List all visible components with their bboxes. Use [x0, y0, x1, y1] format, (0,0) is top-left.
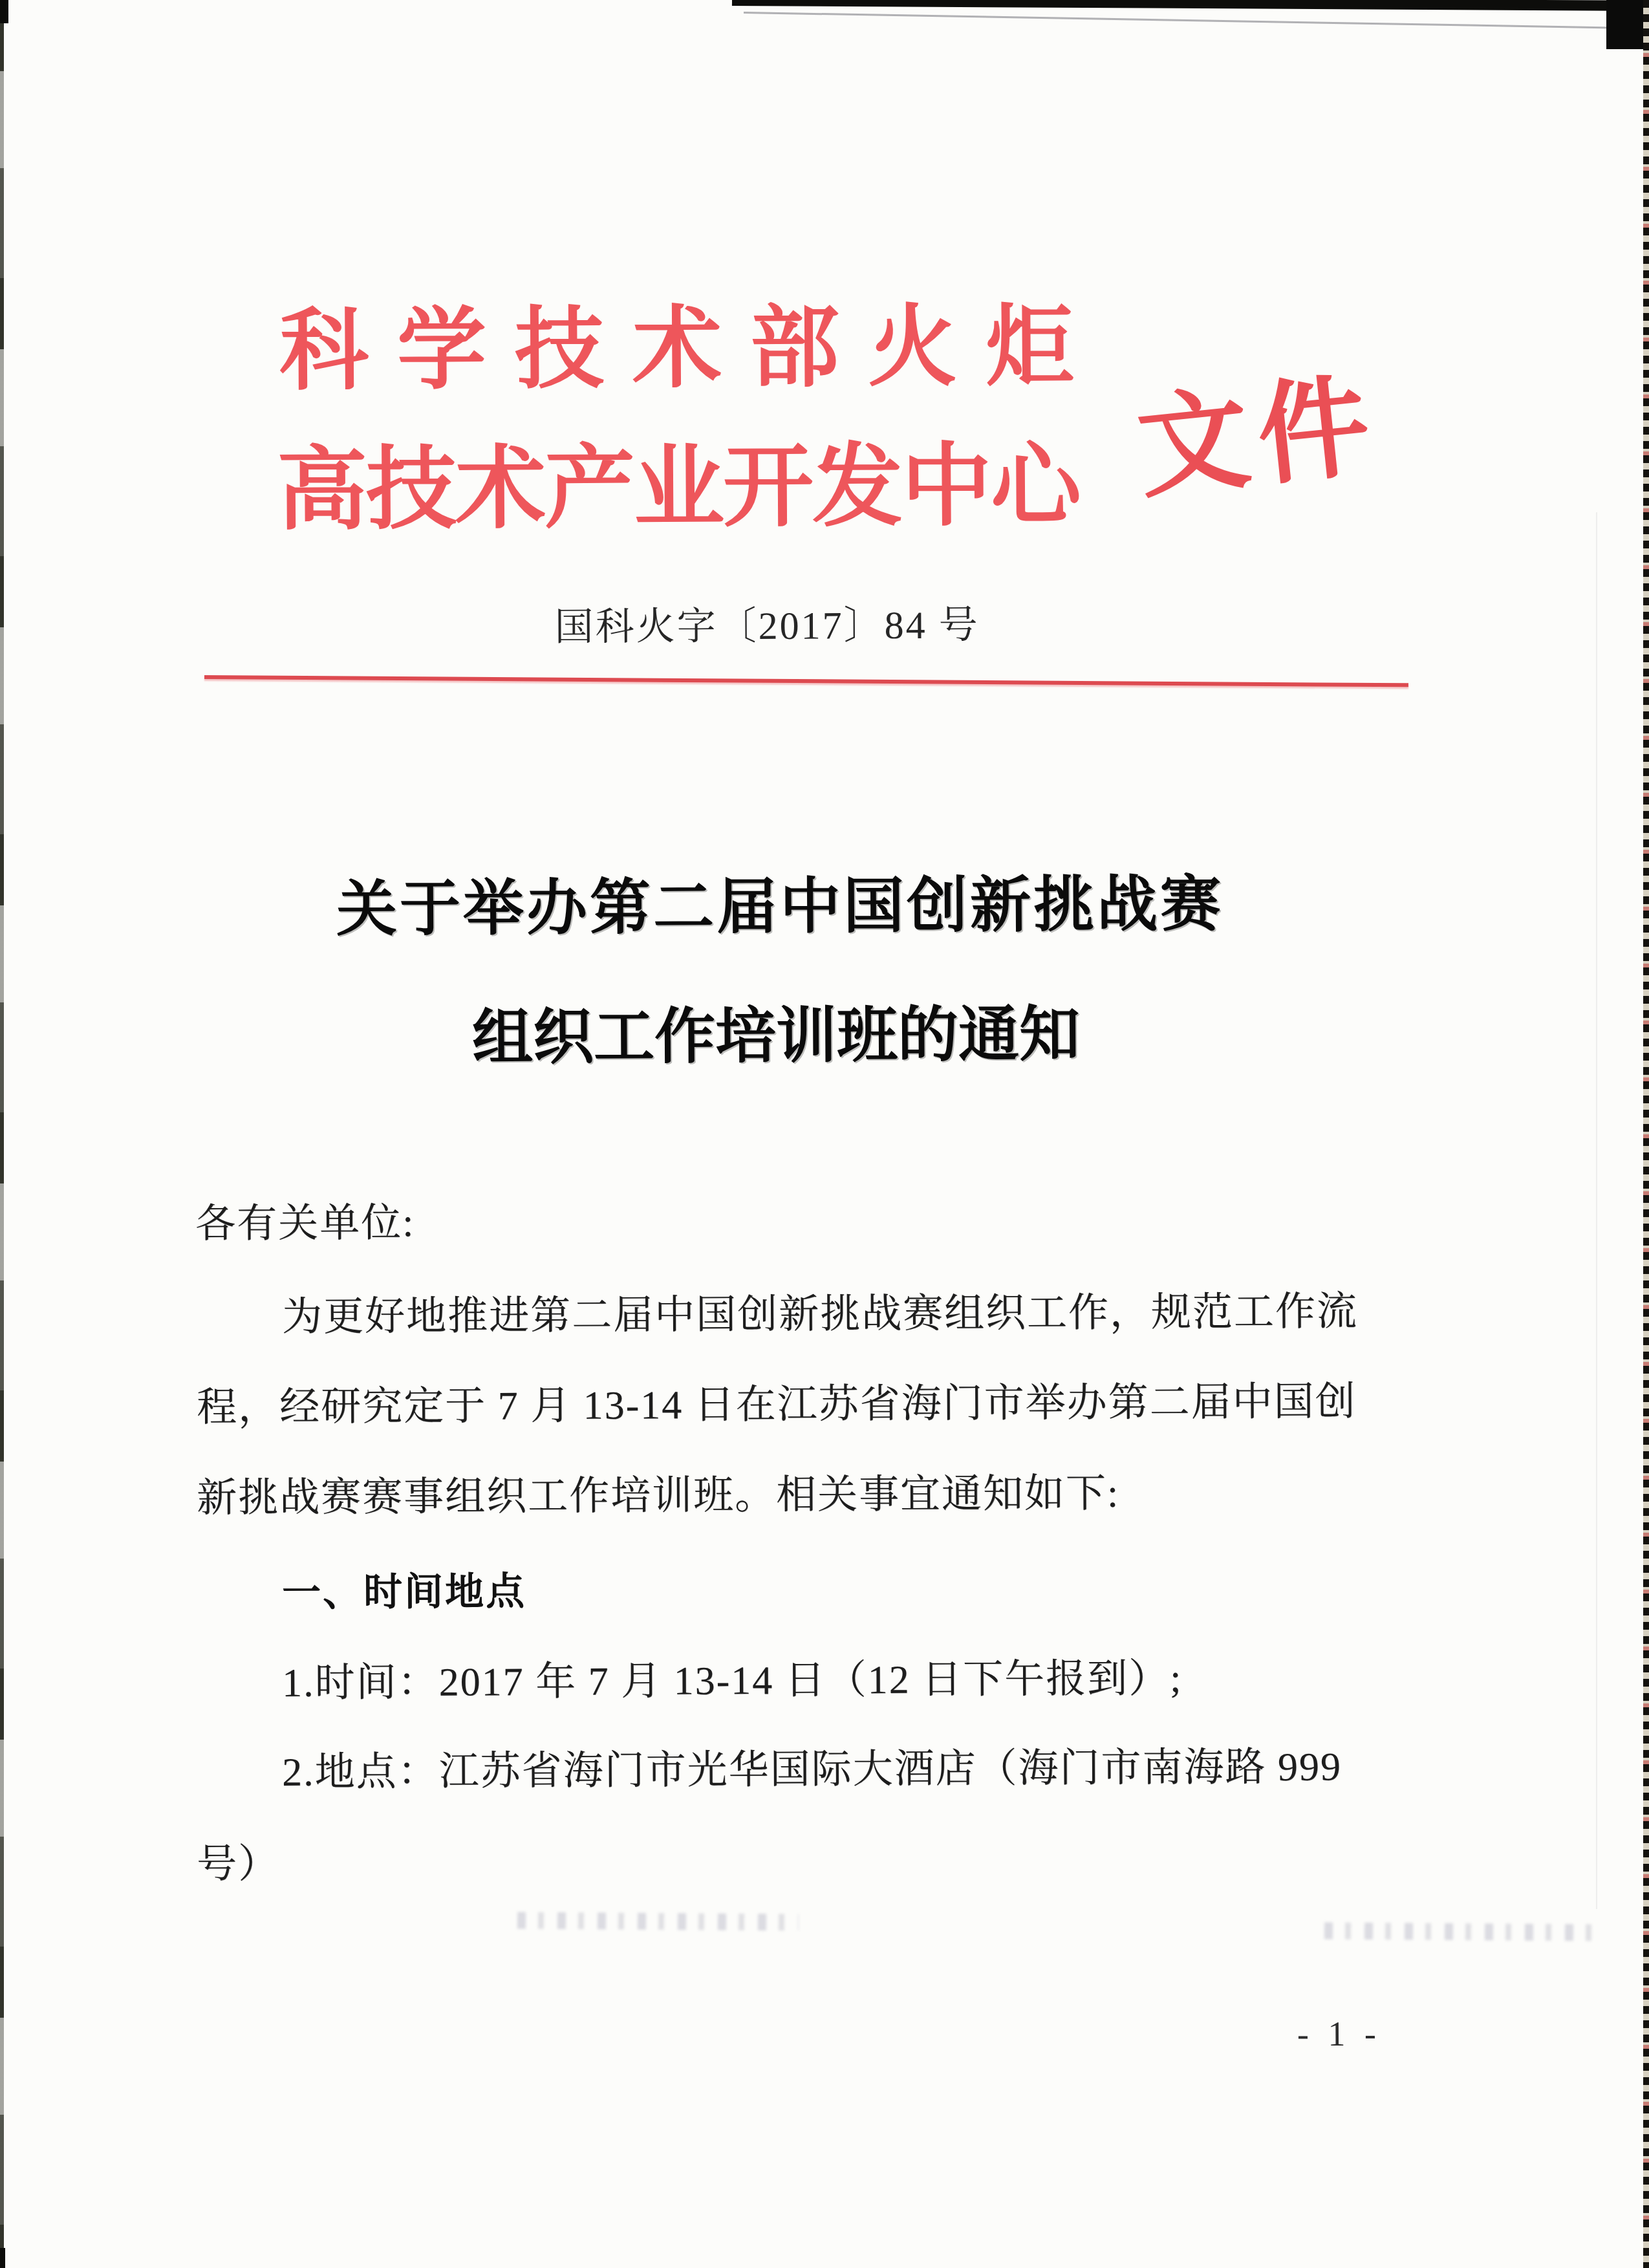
scan-artifact-top-edge-band [732, 0, 1649, 11]
scan-artifact-right-edge-tint [1643, 0, 1649, 2268]
paragraph1-line2: 程，经研究定于 7 月 13-14 日在江苏省海门市举办第二届中国创 [197, 1369, 1357, 1432]
scan-artifact-left-edge [0, 0, 4, 2268]
scanned-document-page: 科学技术部火炬 高技术产业开发中心 文件 国科火字〔2017〕84 号 关于举办… [0, 0, 1649, 2268]
document-reference-number: 国科火字〔2017〕84 号 [554, 594, 979, 651]
paragraph1-line1: 为更好地推进第二届中国创新挑战赛组织工作，规范工作流 [282, 1279, 1358, 1342]
paragraph1-line3: 新挑战赛赛事组织工作培训班。相关事宜通知如下: [197, 1461, 1120, 1523]
scan-artifact-bottom-left-mark [0, 2248, 5, 2268]
scan-artifact-bleedthrough-smudge-left [517, 1912, 799, 1930]
letterhead-org-name-line2: 高技术产业开发中心 [276, 413, 1080, 548]
document-title-line2: 组织工作培训班的通知 [472, 985, 1081, 1076]
section1-heading: 一、时间地点 [282, 1561, 526, 1617]
scan-artifact-top-gray-line [744, 12, 1639, 29]
section1-item1-time: 1.时间：2017 年 7 月 13-14 日（12 日下午报到）; [282, 1646, 1183, 1708]
salutation: 各有关单位: [195, 1190, 415, 1249]
letterhead-org-name-line1: 科学技术部火炬 [279, 274, 1103, 407]
section1-item2-location-line2: 号） [197, 1831, 279, 1889]
letterhead-red-rule [204, 675, 1408, 687]
page-number: - 1 - [1297, 2014, 1381, 2055]
section1-item2-location-line1: 2.地点：江苏省海门市光华国际大酒店（海门市南海路 999 [282, 1734, 1342, 1797]
letterhead-doc-type-label: 文件 [1129, 336, 1385, 520]
scan-artifact-faint-vertical-line [1596, 512, 1597, 1909]
document-title-line1: 关于举办第二届中国创新挑战赛 [336, 855, 1224, 947]
scan-artifact-bleedthrough-smudge-right [1324, 1923, 1599, 1941]
scan-artifact-top-left-mark [0, 0, 8, 23]
